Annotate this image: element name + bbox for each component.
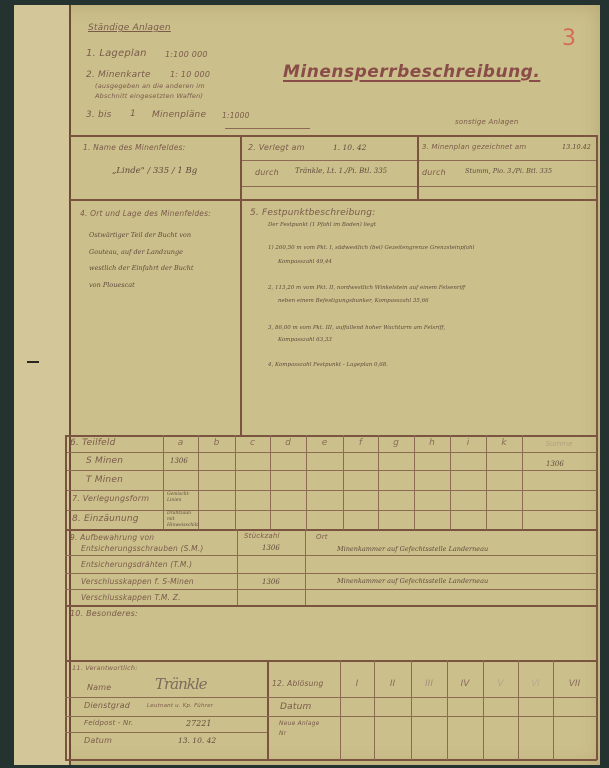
field2-by-label: durch	[255, 168, 279, 177]
dotted-rule	[225, 128, 310, 129]
other-attachments: sonstige Anlagen	[455, 118, 519, 126]
sec12-date-label: Datum	[280, 702, 311, 712]
fixpoint-2-line1: 2, 113,20 m vom Pkt. II, nordwestlich Wi…	[268, 285, 465, 291]
grid-section-label: 6. Teilfeld	[70, 438, 116, 448]
rule-grid-1	[65, 452, 597, 453]
field1-label: 1. Name des Minenfeldes:	[83, 143, 185, 152]
sec9-row1-count: 1306	[262, 544, 280, 552]
field4-label: 4. Ort und Lage des Minenfeldes:	[80, 209, 211, 218]
ablosung-divider	[447, 660, 448, 760]
grid-col-k: k	[486, 438, 522, 448]
divider-col1	[240, 135, 242, 435]
rule-grid-4	[65, 510, 597, 511]
item3-count: 1	[130, 109, 136, 119]
ablosung-col-IV: IV	[447, 679, 483, 689]
field4-line-3: westlich der Einfahrt der Bucht	[89, 264, 193, 272]
margin-line	[69, 5, 71, 765]
row-s-minen-label: S Minen	[86, 456, 123, 466]
item2-scale: 1: 10 000	[170, 70, 210, 79]
grid-col-h: h	[414, 438, 450, 448]
ablosung-col-V: V	[483, 679, 518, 689]
field5-intro: Der Festpunkt (1 Pfahl im Boden) liegt	[268, 222, 376, 228]
grid-col-divider	[343, 435, 344, 530]
field4-line-4: von Plouescat	[89, 281, 135, 289]
grid-col-c: c	[235, 438, 270, 448]
rule-sec11-3	[65, 732, 267, 733]
grid-col-divider	[486, 435, 487, 530]
rule-top	[70, 135, 597, 137]
ablosung-divider	[374, 660, 375, 760]
grid-col-b: b	[198, 438, 235, 448]
ablosung-divider	[411, 660, 412, 760]
sec9-row3-count: 1306	[262, 578, 280, 586]
ablosung-divider	[518, 660, 519, 760]
grid-col-divider	[378, 435, 379, 530]
sec12-new-attachment-line1: Neue Anlage	[279, 720, 320, 727]
page-title: Minensperrbeschreibung.	[283, 62, 540, 82]
rule-grid-bottom	[65, 529, 597, 531]
grid-col-f: f	[343, 438, 378, 448]
item2-label: 2. Minenkarte	[86, 70, 151, 80]
field3-date: 13.10.42	[562, 143, 591, 151]
grid-col-g: g	[378, 438, 414, 448]
item3-scale: 1:1000	[222, 111, 250, 120]
row-verlegungsform-a: Gemischt-Linien	[167, 492, 197, 504]
rank-label: Dienstgrad	[84, 701, 130, 710]
field3-by-value: Stumm, Pio. 3./Pi. Btl. 335	[465, 167, 552, 175]
ablosung-divider	[483, 660, 484, 760]
fixpoint-1-line2: Kompasszahl 49,44	[278, 259, 332, 265]
grid-col-d: d	[270, 438, 306, 448]
sec9-row1-place: Minenkammer auf Gefechtsstelle Landernea…	[337, 545, 488, 553]
sec11-label: 11. Verantwortlich:	[72, 664, 138, 672]
item3-prefix: 3. bis	[86, 110, 112, 120]
rule-grid-top	[65, 435, 597, 437]
grid-col-divider	[270, 435, 271, 530]
grid-col-i: i	[450, 438, 486, 448]
punch-mark	[27, 361, 39, 363]
field2-by-value: Tränkle, Lt. 1./Pi. Btl. 335	[295, 167, 387, 175]
grid-col-divider	[522, 435, 523, 530]
sec9-row1-label: Entsicherungsschrauben (S.M.)	[81, 544, 204, 553]
left-margin-strip	[14, 5, 70, 765]
item1-scale: 1:100 000	[165, 50, 208, 59]
grid-col-divider	[235, 435, 236, 530]
fixpoint-1-line1: 1) 260,50 m vom Pkt. I, südwestlich (bei…	[268, 245, 474, 251]
name-label: Name	[87, 683, 111, 692]
fixpoint-3-line1: 3, 86,00 m vom Pkt. III, auffallend hohe…	[268, 325, 445, 331]
row-verlegungsform-label: 7. Verlegungsform	[72, 494, 149, 503]
row-s-minen-a: 1306	[170, 457, 188, 465]
rule-sec9-2	[65, 573, 597, 574]
date-value: 13. 10. 42	[178, 736, 216, 745]
field3-label: 3. Minenplan gezeichnet am	[422, 143, 526, 151]
left-table-border	[65, 435, 67, 760]
standing-attachments-heading: Ständige Anlagen	[88, 23, 171, 33]
sec9-place-header: Ort	[316, 533, 328, 541]
rank-value: Leutnant u. Kp. Führer	[147, 703, 213, 709]
ablosung-col-VII: VII	[553, 679, 596, 689]
field4-line-2: Gouteau, auf der Landzunge	[89, 248, 183, 256]
field5-label: 5. Festpunktbeschreibung:	[250, 208, 375, 218]
fieldpost-label: Feldpost - Nr.	[84, 719, 133, 727]
sec9-count-header: Stückzahl	[244, 532, 280, 540]
sec11-divider	[267, 660, 269, 760]
grid-col-e: e	[306, 438, 343, 448]
field1-value: „Linde" / 335 / 1 Bg	[112, 166, 197, 176]
field2-date: 1. 10. 42	[333, 143, 366, 152]
sec9-row4-label: Verschlusskappen T.M. Z.	[81, 593, 181, 602]
item3-label: Minenpläne	[152, 110, 206, 120]
sec9-row3-label: Verschlusskappen f. S-Minen	[81, 577, 194, 586]
rule-row1-bottom	[70, 199, 597, 201]
grid-col-divider	[414, 435, 415, 530]
ablosung-divider	[340, 660, 341, 760]
sec12-label: 12. Ablösung	[272, 679, 323, 688]
sec9-label: 9. Aufbewahrung von	[70, 533, 154, 542]
fixpoint-2-line2: neben einem Befestigungsbunker, Kompassz…	[278, 298, 429, 304]
grid-col-divider	[306, 435, 307, 530]
page-number: 3	[562, 26, 576, 51]
ablosung-col-III: III	[411, 679, 447, 689]
ablosung-col-VI: VI	[518, 679, 553, 689]
item2-note-line2: Abschnitt eingesetzten Waffen)	[95, 92, 203, 100]
ablosung-col-I: I	[340, 679, 374, 689]
sec9-row2-label: Entsicherungsdrähten (T.M.)	[81, 560, 192, 569]
rule-field2-mid	[240, 160, 597, 161]
field2-label: 2. Verlegt am	[248, 143, 305, 152]
sec9-divider-1	[237, 529, 238, 605]
rule-grid-3	[65, 490, 597, 491]
rule-sec9-bottom	[65, 605, 597, 607]
item1-label: 1. Lageplan	[86, 48, 147, 59]
ablosung-col-II: II	[374, 679, 411, 689]
signature: Tränkle	[155, 675, 207, 693]
grid-col-divider	[163, 435, 164, 530]
sec9-divider-2	[305, 529, 306, 605]
rule-field2-low	[240, 186, 597, 187]
row-einzaeunung-label: 8. Einzäunung	[72, 514, 139, 524]
right-border	[596, 135, 598, 760]
grid-col-a: a	[163, 438, 198, 448]
sec12-new-attachment-line2: Nr	[279, 730, 286, 737]
item2-note-line1: (ausgegeben an die anderen im	[95, 82, 205, 90]
sec9-row3-place: Minenkammer auf Gefechtsstelle Landernea…	[337, 577, 488, 585]
rule-grid-2	[65, 470, 597, 471]
row-s-minen-summe: 1306	[546, 460, 564, 468]
grid-col-summe: Summe	[522, 440, 596, 448]
row-einzaeunung-a: Drahtzaun mit Hinweisschild	[167, 511, 199, 529]
fixpoint-4-line1: 4, Kompasszahl Festpunkt - Lageplan 0,68…	[268, 362, 388, 368]
grid-col-divider	[450, 435, 451, 530]
rule-sec9-3	[65, 589, 597, 590]
date-label: Datum	[84, 736, 112, 745]
sec10-label: 10. Besonderes:	[70, 609, 138, 618]
field4-line-1: Ostwärtiger Teil der Bucht von	[89, 231, 191, 239]
ablosung-divider	[553, 660, 554, 760]
field3-by-label: durch	[422, 168, 446, 177]
fixpoint-3-line2: Kompasszahl 63,33	[278, 337, 332, 343]
fieldpost-value: 27221	[186, 719, 211, 728]
divider-col2	[417, 135, 419, 199]
row-t-minen-label: T Minen	[86, 475, 123, 485]
rule-sec9-1	[65, 555, 597, 556]
